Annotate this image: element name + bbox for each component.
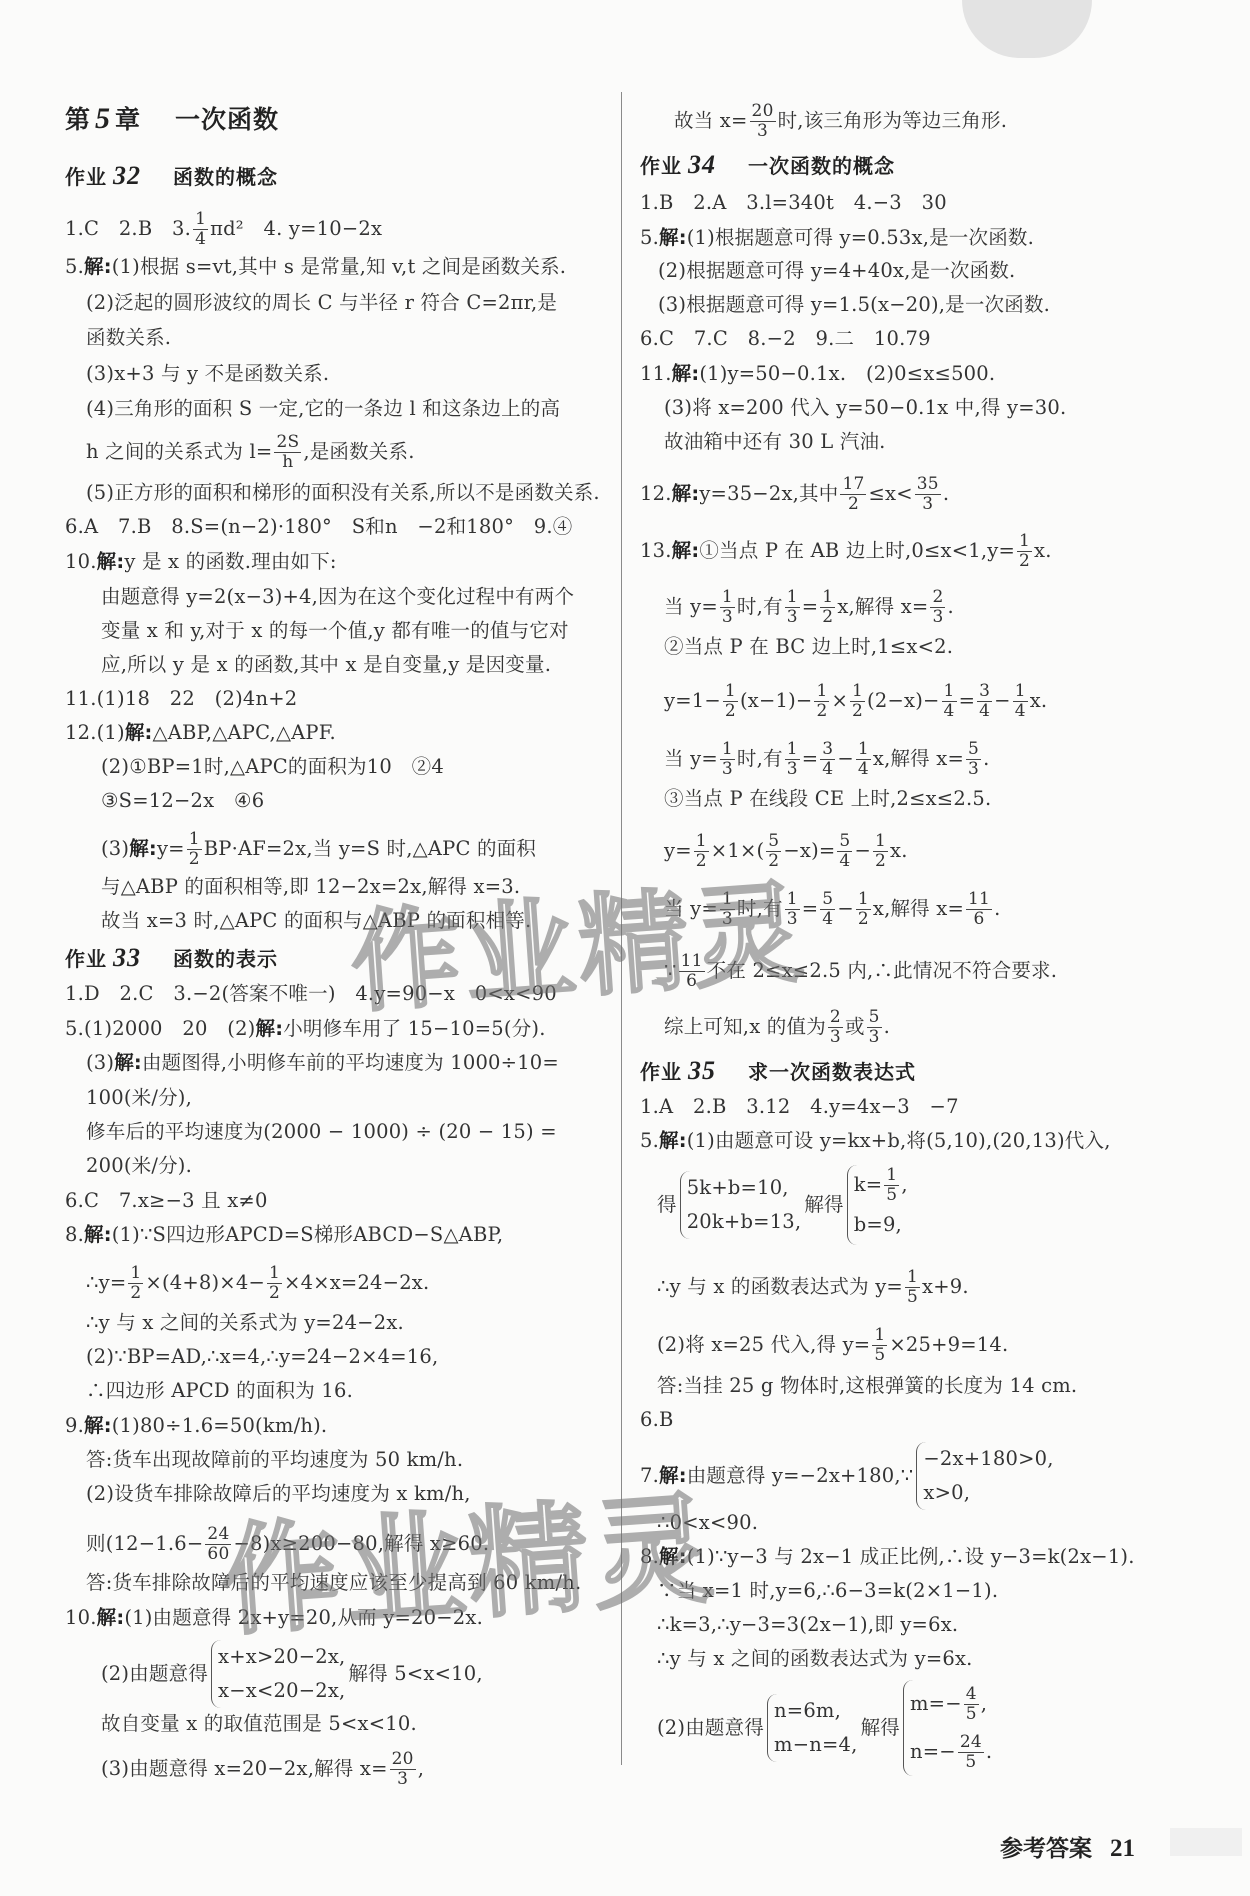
text: × [831, 689, 848, 712]
text: . [986, 1740, 992, 1763]
heading-title: 函数的表示 [173, 947, 278, 971]
answer-line: 应,所以 y 是 x 的函数,其中 x 是自变量,y 是因变量. [101, 652, 551, 678]
fraction: 12 [128, 1264, 143, 1303]
fraction: 23 [930, 588, 945, 627]
answer-line: 6.C 7.x≥−3 且 x≠0 [65, 1188, 268, 1214]
fraction: 14 [1013, 682, 1028, 721]
denominator: 2 [840, 495, 866, 514]
equation: x−x<20−2x, [218, 1674, 345, 1708]
denominator: 3 [966, 760, 981, 779]
text: . [983, 747, 989, 770]
answer-line: (4)三角形的面积 S 一定,它的一条边 l 和这条边上的高 [86, 396, 560, 422]
numerator: 1 [720, 740, 735, 760]
answer-line: 13.解:①当点 P 在 AB 边上时,0≤x<1,y=12x. [640, 532, 1052, 571]
text: , [981, 1692, 987, 1715]
answer-line: 函数关系. [86, 325, 171, 351]
heading-number: 35 [688, 1056, 716, 1085]
numerator: 1 [187, 830, 202, 850]
text: 或 [845, 1015, 865, 1038]
text: x,解得 x= [873, 897, 964, 920]
numerator: 1 [694, 832, 709, 852]
answer-line: ∴y 与 x 的函数表达式为 y=15x+9. [657, 1268, 969, 1307]
answer-line: 5.解:(1)由题意可设 y=kx+b,将(5,10),(20,13)代入, [640, 1128, 1111, 1154]
solution-label: 解: [256, 1017, 284, 1040]
text: (1)根据 s=vt,其中 s 是常量,知 v,t 之间是函数关系. [112, 255, 566, 278]
answer-page: 第5章一次函数 作业32函数的概念 1.C 2.B 3.14πd² 4. y=1… [0, 0, 1250, 1896]
text: = [959, 689, 976, 712]
text: x. [890, 839, 908, 862]
answer-line: (2)由题意得n=6m,m−n=4,解得m=−45,n=−245. [657, 1680, 995, 1776]
answer-line: ∴y 与 x 之间的关系式为 y=24−2x. [86, 1310, 404, 1336]
denominator: 4 [942, 702, 957, 721]
denominator: 3 [785, 760, 800, 779]
section-heading-34: 作业34一次函数的概念 [640, 152, 895, 179]
answer-line: 5.解:(1)根据 s=vt,其中 s 是常量,知 v,t 之间是函数关系. [65, 254, 566, 280]
numerator: 1 [785, 740, 800, 760]
answer-line: 变量 x 和 y,对于 x 的每一个值,y 都有唯一的值与它对 [101, 618, 569, 644]
answer-line: 1.C 2.B 3.14πd² 4. y=10−2x [65, 210, 382, 249]
answer-line: (2)①BP=1时,△APC的面积为10 ②4 [101, 754, 444, 780]
answer-line: ∴y=12×(4+8)×4−12×4×x=24−2x. [86, 1264, 429, 1303]
item-number: 12.(1) [65, 721, 125, 744]
chapter-number: 5 [95, 102, 111, 135]
numerator: 1 [128, 1264, 143, 1284]
denominator: 3 [930, 608, 945, 627]
equation: n=−245. [910, 1728, 992, 1776]
text: n=− [910, 1740, 956, 1763]
text: △ABP,△APC,△APF. [153, 721, 336, 744]
answer-line: 11.(1)18 22 (2)4n+2 [65, 686, 297, 712]
answer-line: 1.A 2.B 3.12 4.y=4x−3 −7 [640, 1094, 959, 1120]
text: 1.C 2.B 3. [65, 217, 191, 240]
text: h 之间的关系式为 l= [86, 440, 272, 463]
numerator: 1 [856, 740, 871, 760]
text: 时,有 [737, 747, 783, 770]
denominator: 4 [1013, 702, 1028, 721]
numerator: 5 [867, 1008, 882, 1028]
numerator: 11 [966, 890, 992, 910]
decorative-semicircle [962, 0, 1092, 58]
fraction: 45 [964, 1685, 979, 1724]
denominator: 2 [187, 850, 202, 869]
text: 得 [657, 1193, 677, 1216]
equation: m−n=4, [774, 1728, 858, 1762]
text: x. [1034, 539, 1052, 562]
answer-line: 5.解:(1)根据题意可得 y=0.53x,是一次函数. [640, 225, 1034, 251]
denominator: 2 [856, 910, 871, 929]
answer-line: 100(米/分), [86, 1085, 192, 1111]
text: 由题意得 y=−2x+180,∵ [687, 1464, 914, 1487]
answer-line: y=1−12(x−1)−12×12(2−x)−14=34−14x. [664, 682, 1047, 721]
chapter-name: 一次函数 [175, 105, 279, 134]
answer-line: ③S=12−2x ④6 [101, 788, 264, 814]
page-footer: 参考答案21 [1000, 1830, 1135, 1863]
numerator: 2 [828, 1008, 843, 1028]
numerator: 5 [820, 890, 835, 910]
footer-label: 参考答案 [1000, 1836, 1092, 1862]
text: ×(4+8)×4− [145, 1271, 265, 1294]
text: , [901, 1173, 907, 1196]
equation: m=−45, [910, 1680, 992, 1728]
denominator: 2 [873, 852, 888, 871]
fraction: 15 [872, 1326, 887, 1365]
text: x+9. [922, 1275, 969, 1298]
fraction: 245 [958, 1733, 984, 1772]
denominator: 2 [1017, 552, 1032, 571]
text: 则(12−1.6− [86, 1532, 203, 1555]
fraction: 12 [814, 682, 829, 721]
fraction: 12 [1017, 532, 1032, 571]
numerator: 1 [905, 1268, 920, 1288]
denominator: 4 [820, 760, 835, 779]
answer-line: 故油箱中还有 30 L 汽油. [664, 429, 886, 455]
answer-line: ③当点 P 在线段 CE 上时,2≤x≤2.5. [664, 786, 991, 812]
text: (1)∵S四边形APCD=S梯形ABCD−S△ABP, [112, 1223, 504, 1246]
heading-prefix: 作业 [65, 165, 107, 189]
text: ,是函数关系. [303, 440, 414, 463]
item-number: 5. [640, 1129, 659, 1152]
fraction: 2Sh [274, 433, 301, 472]
equation: 5k+b=10, [687, 1171, 802, 1205]
heading-title: 求一次函数表达式 [748, 1060, 916, 1084]
text: − [994, 689, 1011, 712]
denominator: 4 [977, 702, 992, 721]
text: (1)∵y−3 与 2x−1 成正比例,∴设 y−3=k(2x−1). [687, 1545, 1135, 1568]
section-heading-35: 作业35求一次函数表达式 [640, 1058, 916, 1085]
denominator: 2 [850, 702, 865, 721]
faded-footer-block [1170, 1828, 1242, 1856]
denominator: 3 [750, 122, 776, 141]
fraction: 12 [723, 682, 738, 721]
solution-label: 解: [84, 255, 112, 278]
answer-line: (3)解:由题图得,小明修车前的平均速度为 1000÷10= [86, 1050, 559, 1076]
numerator: 1 [785, 588, 800, 608]
text: 时,有 [737, 595, 783, 618]
numerator: 1 [850, 682, 865, 702]
denominator: 5 [964, 1705, 979, 1724]
equation: x>0, [923, 1476, 1053, 1510]
numerator: 2S [274, 433, 301, 453]
answer-line: ②当点 P 在 BC 边上时,1≤x<2. [664, 634, 953, 660]
fraction: 53 [867, 1008, 882, 1047]
denominator: 6 [966, 910, 992, 929]
text: 解得 5<x<10, [348, 1662, 482, 1685]
solution-label: 解: [97, 550, 125, 573]
fraction: 54 [837, 832, 852, 871]
numerator: 1 [267, 1264, 282, 1284]
text: . [994, 897, 1000, 920]
answer-line: 12.(1)解:△ABP,△APC,△APF. [65, 720, 336, 746]
text: (2−x)− [867, 689, 940, 712]
fraction: 172 [840, 475, 866, 514]
text: y= [157, 837, 185, 860]
answer-line: 答:当挂 25 g 物体时,这根弹簧的长度为 14 cm. [657, 1373, 1077, 1399]
answer-line: 6.A 7.B 8.S=(n−2)·180° S和n −2和180° 9.④ [65, 514, 572, 540]
denominator: 2 [128, 1284, 143, 1303]
answer-line: (3)x+3 与 y 不是函数关系. [86, 361, 329, 387]
text: x,解得 x= [873, 747, 964, 770]
text: − [837, 747, 854, 770]
fraction: 353 [915, 475, 941, 514]
text: 5.(1)2000 20 (2) [65, 1017, 256, 1040]
fraction: 12 [187, 830, 202, 869]
fraction: 12 [850, 682, 865, 721]
text: (1)由题意可设 y=kx+b,将(5,10),(20,13)代入, [687, 1129, 1111, 1152]
heading-prefix: 作业 [65, 947, 107, 971]
solution-label: 解: [672, 539, 700, 562]
item-number: 9. [65, 1414, 84, 1437]
numerator: 1 [820, 588, 835, 608]
answer-line: 8.解:(1)∵S四边形APCD=S梯形ABCD−S△ABP, [65, 1222, 503, 1248]
heading-number: 33 [113, 943, 141, 972]
text: (1)80÷1.6=50(km/h). [112, 1414, 328, 1437]
numerator: 2 [930, 588, 945, 608]
answer-line: 6.B [640, 1407, 674, 1433]
denominator: 2 [814, 702, 829, 721]
solution-system: k=15,b=9, [847, 1165, 908, 1245]
answer-line: h 之间的关系式为 l=2Sh,是函数关系. [86, 433, 415, 472]
heading-number: 32 [113, 161, 141, 190]
text: ∴y= [86, 1271, 126, 1294]
fraction: 14 [193, 210, 208, 249]
answer-line: 9.解:(1)80÷1.6=50(km/h). [65, 1413, 327, 1439]
solution-label: 解: [659, 226, 687, 249]
fraction: 15 [905, 1268, 920, 1307]
text: x,解得 x= [837, 595, 928, 618]
text: 解得 [804, 1193, 843, 1216]
text: 由题图得,小明修车前的平均速度为 1000÷10= [142, 1051, 559, 1074]
answer-line: (3)由题意得 x=20−2x,解得 x=203, [101, 1750, 424, 1789]
answer-line: ∴四边形 APCD 的面积为 16. [86, 1378, 353, 1404]
text: 时,该三角形为等边三角形. [778, 109, 1008, 132]
fraction: 12 [820, 588, 835, 627]
answer-line: 修车后的平均速度为(2000 − 1000) ÷ (20 − 15) = [86, 1119, 557, 1145]
answer-line: 200(米/分). [86, 1153, 192, 1179]
answer-line: (2)泛起的圆形波纹的周长 C 与半径 r 符合 C=2πr,是 [86, 290, 557, 316]
answer-line: (3)将 x=200 代入 y=50−0.1x 中,得 y=30. [664, 395, 1066, 421]
solution-label: 解: [659, 1129, 687, 1152]
equation: n=6m, [774, 1694, 858, 1728]
chapter-prefix: 第 [65, 105, 91, 134]
denominator: 5 [884, 1186, 899, 1205]
fraction: 13 [785, 740, 800, 779]
numerator: 35 [915, 475, 941, 495]
text: x. [1030, 689, 1048, 712]
answer-line: (5)正方形的面积和梯形的面积没有关系,所以不是函数关系. [86, 480, 600, 506]
numerator: 1 [193, 210, 208, 230]
fraction: 15 [884, 1166, 899, 1205]
equation: b=9, [854, 1205, 908, 1245]
heading-number: 34 [688, 150, 716, 179]
numerator: 1 [884, 1166, 899, 1186]
page-number: 21 [1110, 1835, 1135, 1862]
text: πd² 4. y=10−2x [210, 217, 382, 240]
section-heading-32: 作业32函数的概念 [65, 163, 278, 190]
answer-line: 当 y=13时,有13=34−14x,解得 x=53. [664, 740, 989, 779]
text: = [802, 595, 819, 618]
denominator: 5 [905, 1288, 920, 1307]
text: , [418, 1757, 424, 1780]
fraction: 12 [267, 1264, 282, 1303]
solution-label: 解: [114, 1051, 142, 1074]
fraction: 23 [828, 1008, 843, 1047]
fraction: 203 [390, 1750, 416, 1789]
denominator: 4 [193, 230, 208, 249]
text: y 是 x 的函数.理由如下: [124, 550, 336, 573]
answer-line: 综上可知,x 的值为23或53. [664, 1008, 890, 1047]
fraction: 13 [785, 588, 800, 627]
fraction: 203 [750, 102, 776, 141]
numerator: 5 [837, 832, 852, 852]
text: 当 y= [664, 747, 718, 770]
fraction: 12 [856, 890, 871, 929]
numerator: 1 [856, 890, 871, 910]
denominator: 3 [785, 608, 800, 627]
item-number: (3) [86, 1051, 114, 1074]
text: (1)根据题意可得 y=0.53x,是一次函数. [687, 226, 1034, 249]
denominator: 3 [720, 608, 735, 627]
item-number: 5. [640, 226, 659, 249]
answer-line: 当 y=13时,有13=12x,解得 x=23. [664, 588, 954, 627]
denominator: 3 [915, 495, 941, 514]
fraction: 14 [942, 682, 957, 721]
denominator: 2 [267, 1284, 282, 1303]
answer-line: (2)∵BP=AD,∴x=4,∴y=24−2×4=16, [86, 1344, 438, 1370]
text: 综上可知,x 的值为 [664, 1015, 826, 1038]
item-number: 12. [640, 482, 672, 505]
solution-label: 解: [97, 1606, 125, 1629]
solution-label: 解: [672, 482, 700, 505]
fraction: 13 [720, 740, 735, 779]
text: ×4×x=24−2x. [284, 1271, 429, 1294]
numerator: 24 [958, 1733, 984, 1753]
answer-line: 由题意得 y=2(x−3)+4,因为在这个变化过程中有两个 [101, 584, 574, 610]
heading-title: 一次函数的概念 [748, 154, 895, 178]
text: y=1− [664, 689, 721, 712]
fraction: 34 [820, 740, 835, 779]
text: m=− [910, 1692, 962, 1715]
fraction: 12 [873, 832, 888, 871]
solution-label: 解: [84, 1414, 112, 1437]
text: − [854, 839, 871, 862]
equation: −2x+180>0, [923, 1442, 1053, 1476]
watermark: 作业精灵 [215, 1453, 722, 1659]
solution-label: 解: [84, 1223, 112, 1246]
heading-prefix: 作业 [640, 1060, 682, 1084]
text: (1)y=50−0.1x. (2)0≤x≤500. [699, 362, 995, 385]
text: (2)由题意得 [657, 1716, 764, 1739]
denominator: 2 [820, 608, 835, 627]
answer-line: 1.B 2.A 3.l=340t 4.−3 30 [640, 190, 947, 216]
answer-line: (2)根据题意可得 y=4+40x,是一次函数. [658, 258, 1015, 284]
denominator: 3 [867, 1028, 882, 1047]
text: . [884, 1015, 890, 1038]
numerator: 20 [750, 102, 776, 122]
equation: k=15, [854, 1165, 908, 1205]
fraction: 13 [720, 588, 735, 627]
denominator: 3 [390, 1770, 416, 1789]
text: − [837, 897, 854, 920]
numerator: 3 [977, 682, 992, 702]
chapter-title: 第5章一次函数 [65, 106, 279, 133]
numerator: 1 [814, 682, 829, 702]
text: BP·AF=2x,当 y=S 时,△APC 的面积 [204, 837, 536, 860]
numerator: 3 [820, 740, 835, 760]
fraction: 53 [966, 740, 981, 779]
heading-prefix: 作业 [640, 154, 682, 178]
item-number: 8. [65, 1223, 84, 1246]
numerator: 5 [966, 740, 981, 760]
item-number: (3) [101, 837, 129, 860]
solution-system: m=−45,n=−245. [903, 1680, 992, 1776]
solution-label: 解: [125, 721, 153, 744]
equation-system: n=6m,m−n=4, [767, 1694, 858, 1762]
denominator: 4 [856, 760, 871, 779]
text: y=35−2x,其中 [699, 482, 838, 505]
text: 解得 [861, 1716, 900, 1739]
item-number: 10. [65, 1606, 97, 1629]
equation-system: −2x+180>0,x>0, [916, 1442, 1053, 1510]
numerator: 4 [964, 1685, 979, 1705]
text: ∴y 与 x 的函数表达式为 y= [657, 1275, 903, 1298]
text: 当 y= [664, 595, 718, 618]
denominator: 4 [837, 852, 852, 871]
item-number: 10. [65, 550, 97, 573]
answer-line: (3)根据题意可得 y=1.5(x−20),是一次函数. [658, 292, 1050, 318]
item-number: 11. [640, 362, 672, 385]
denominator: 5 [872, 1346, 887, 1365]
text: ①当点 P 在 AB 边上时,0≤x<1,y= [699, 539, 1015, 562]
chapter-suffix: 章 [115, 105, 141, 134]
answer-line: 答:货车出现故障前的平均速度为 50 km/h. [86, 1447, 463, 1473]
denominator: 2 [723, 702, 738, 721]
denominator: h [274, 453, 301, 472]
numerator: 1 [1017, 532, 1032, 552]
text: (2)将 x=25 代入,得 y= [657, 1333, 870, 1356]
section-heading-33: 作业33函数的表示 [65, 945, 278, 972]
solution-label: 解: [129, 837, 157, 860]
answer-line: 10.解:y 是 x 的函数.理由如下: [65, 549, 337, 575]
fraction: 14 [856, 740, 871, 779]
text: ×25+9=14. [889, 1333, 1008, 1356]
text: = [802, 747, 819, 770]
denominator: 3 [720, 760, 735, 779]
answer-line: (2)将 x=25 代入,得 y=15×25+9=14. [657, 1326, 1008, 1365]
item-number: 13. [640, 539, 672, 562]
answer-line: 得5k+b=10,20k+b=13,解得k=15,b=9, [657, 1165, 911, 1245]
equation-system: 5k+b=10,20k+b=13, [680, 1171, 802, 1239]
text: (x−1)− [740, 689, 813, 712]
denominator: 3 [828, 1028, 843, 1047]
text: (2)由题意得 [101, 1662, 208, 1685]
equation: 20k+b=13, [687, 1205, 802, 1239]
answer-line: 故当 x=203时,该三角形为等边三角形. [674, 102, 1007, 141]
fraction: 54 [820, 890, 835, 929]
text: (3)由题意得 x=20−2x,解得 x= [101, 1757, 388, 1780]
answer-line: 6.C 7.C 8.−2 9.二 10.79 [640, 326, 931, 352]
numerator: 1 [1013, 682, 1028, 702]
heading-title: 函数的概念 [173, 165, 278, 189]
solution-label: 解: [672, 362, 700, 385]
fraction: 116 [966, 890, 992, 929]
text: 故当 x= [674, 109, 748, 132]
answer-line: ∴y 与 x 之间的函数表达式为 y=6x. [657, 1646, 973, 1672]
text: . [947, 595, 953, 618]
answer-line: 11.解:(1)y=50−0.1x. (2)0≤x≤500. [640, 361, 995, 387]
numerator: 1 [723, 682, 738, 702]
denominator: 5 [958, 1753, 984, 1772]
text: . [943, 482, 949, 505]
